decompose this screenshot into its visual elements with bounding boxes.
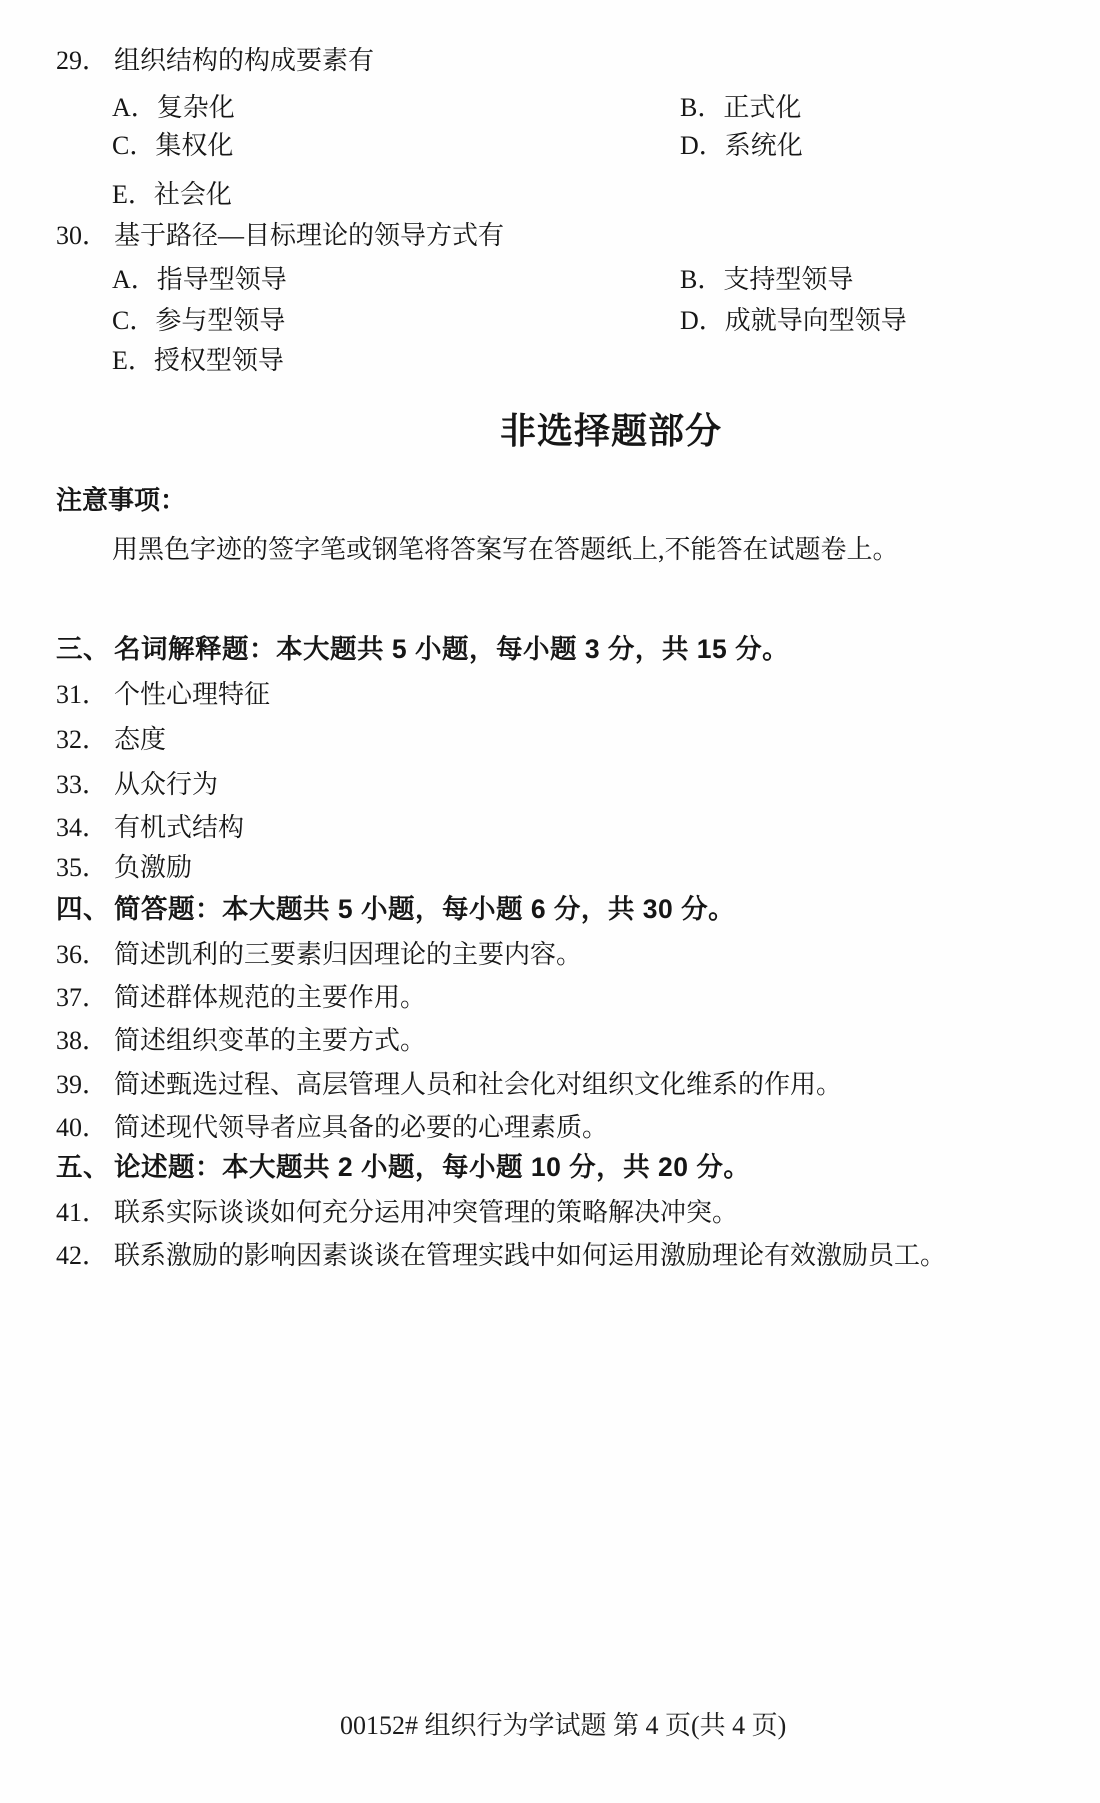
item-40: 40． 简述现代领导者应具备的必要的心理素质。 (56, 1111, 608, 1144)
option-a: A．复杂化 (112, 93, 235, 122)
item-33: 33． 从众行为 (56, 768, 218, 801)
item-37: 37． 简述群体规范的主要作用。 (56, 981, 426, 1014)
option-d: D．系统化 (680, 129, 803, 162)
question-number: 29． (56, 44, 114, 77)
option-d: D．成就导向型领导 (680, 304, 907, 337)
item-34: 34． 有机式结构 (56, 811, 244, 844)
page-footer: 00152# 组织行为学试题 第 4 页(共 4 页) (340, 1709, 786, 1742)
exam-page: 29． 组织结构的构成要素有 A．复杂化 B．正式化 C．集权化 D．系统化 E… (0, 0, 1100, 1803)
question-30-options-ab: A．指导型领导 B．支持型领导 (112, 263, 1052, 296)
item-text: 态度 (114, 723, 166, 756)
item-35: 35． 负激励 (56, 851, 192, 884)
item-text: 从众行为 (114, 768, 218, 801)
item-number: 42． (56, 1239, 114, 1272)
section-3-heading: 三、 名词解释题：本大题共 5 小题，每小题 3 分，共 15 分。 (56, 633, 789, 666)
part-title: 非选择题部分 (500, 409, 722, 453)
item-number: 32． (56, 723, 114, 756)
item-text: 简述现代领导者应具备的必要的心理素质。 (114, 1111, 608, 1144)
section-heading-text: 论述题：本大题共 2 小题，每小题 10 分，共 20 分。 (114, 1151, 750, 1184)
question-stem: 基于路径—目标理论的领导方式有 (114, 219, 504, 252)
question-30-option-e: E．授权型领导 (112, 344, 1052, 377)
notice-body: 用黑色字迹的签字笔或钢笔将答案写在答题纸上,不能答在试题卷上。 (112, 533, 899, 566)
item-41: 41． 联系实际谈谈如何充分运用冲突管理的策略解决冲突。 (56, 1196, 738, 1229)
item-number: 37． (56, 981, 114, 1014)
question-number: 30． (56, 219, 114, 252)
question-29-option-e: E．社会化 (112, 178, 1052, 211)
item-42: 42． 联系激励的影响因素谈谈在管理实践中如何运用激励理论有效激励员工。 (56, 1239, 946, 1272)
item-number: 40． (56, 1111, 114, 1144)
option-b: B．支持型领导 (680, 263, 853, 296)
item-39: 39． 简述甄选过程、高层管理人员和社会化对组织文化维系的作用。 (56, 1068, 842, 1101)
section-heading-text: 名词解释题：本大题共 5 小题，每小题 3 分，共 15 分。 (114, 633, 789, 666)
item-36: 36． 简述凯利的三要素归因理论的主要内容。 (56, 938, 582, 971)
item-38: 38． 简述组织变革的主要方式。 (56, 1024, 426, 1057)
question-30-row: 30． 基于路径—目标理论的领导方式有 (56, 219, 504, 252)
item-text: 个性心理特征 (114, 678, 270, 711)
item-text: 简述凯利的三要素归因理论的主要内容。 (114, 938, 582, 971)
question-stem: 组织结构的构成要素有 (114, 44, 374, 77)
item-32: 32． 态度 (56, 723, 166, 756)
item-number: 35． (56, 851, 114, 884)
option-e: E．授权型领导 (112, 346, 284, 375)
item-text: 简述组织变革的主要方式。 (114, 1024, 426, 1057)
section-marker: 四、 (56, 893, 114, 926)
option-b: B．正式化 (680, 91, 801, 124)
question-29-options-ab: A．复杂化 B．正式化 (112, 91, 1052, 124)
option-a: A．指导型领导 (112, 265, 287, 294)
item-text: 联系实际谈谈如何充分运用冲突管理的策略解决冲突。 (114, 1196, 738, 1229)
section-4-heading: 四、 简答题：本大题共 5 小题，每小题 6 分，共 30 分。 (56, 893, 735, 926)
option-c: C．集权化 (112, 131, 233, 160)
item-text: 负激励 (114, 851, 192, 884)
section-marker: 三、 (56, 633, 114, 666)
item-text: 简述甄选过程、高层管理人员和社会化对组织文化维系的作用。 (114, 1068, 842, 1101)
item-number: 41． (56, 1196, 114, 1229)
question-29-row: 29． 组织结构的构成要素有 (56, 44, 374, 77)
option-c: C．参与型领导 (112, 306, 285, 335)
item-31: 31． 个性心理特征 (56, 678, 270, 711)
option-e: E．社会化 (112, 180, 232, 209)
item-text: 简述群体规范的主要作用。 (114, 981, 426, 1014)
item-text: 有机式结构 (114, 811, 244, 844)
item-number: 36． (56, 938, 114, 971)
item-number: 39． (56, 1068, 114, 1101)
item-text: 联系激励的影响因素谈谈在管理实践中如何运用激励理论有效激励员工。 (114, 1239, 946, 1272)
notice-heading: 注意事项： (56, 484, 186, 517)
item-number: 33． (56, 768, 114, 801)
item-number: 31． (56, 678, 114, 711)
item-number: 38． (56, 1024, 114, 1057)
item-number: 34． (56, 811, 114, 844)
section-marker: 五、 (56, 1151, 114, 1184)
section-5-heading: 五、 论述题：本大题共 2 小题，每小题 10 分，共 20 分。 (56, 1151, 750, 1184)
section-heading-text: 简答题：本大题共 5 小题，每小题 6 分，共 30 分。 (114, 893, 735, 926)
question-30-options-cd: C．参与型领导 D．成就导向型领导 (112, 304, 1052, 337)
question-29-options-cd: C．集权化 D．系统化 (112, 129, 1052, 162)
